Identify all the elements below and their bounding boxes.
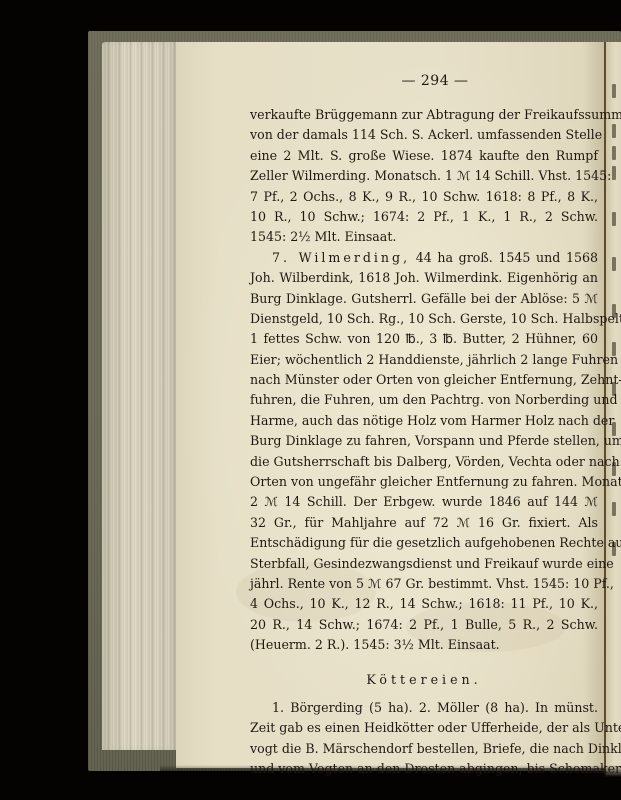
entry-heading-rest: 44 ha groß. 1545 und 1568	[416, 250, 598, 265]
text-line: vogt die B. Märschendorf bestellen, Brie…	[250, 739, 598, 759]
text-line: 2 ℳ 14 Schill. Der Erbgew. wurde 1846 au…	[250, 492, 598, 512]
page-text: — 294 — verkaufte Brüggemann zur Abtragu…	[250, 70, 598, 780]
page-stack-edge	[102, 42, 178, 750]
page-number: — 294 —	[250, 70, 598, 92]
facing-text-fragment	[612, 502, 616, 516]
facing-text-fragment	[612, 212, 616, 226]
entry-heading: 7. Wilmerding,	[272, 250, 410, 265]
text-line: Entschädigung für die gesetzlich aufgeho…	[250, 533, 598, 553]
text-line: 1. Börgerding (5 ha). 2. Möller (8 ha). …	[250, 698, 598, 718]
facing-text-fragment	[612, 166, 616, 180]
facing-text-fragment	[612, 146, 616, 160]
text-line: 7 Pf., 2 Ochs., 8 K., 9 R., 10 Schw. 161…	[250, 187, 598, 207]
facing-page-edge	[606, 42, 621, 777]
paragraph-koettereien: 1. Börgerding (5 ha). 2. Möller (8 ha). …	[250, 698, 598, 780]
text-line: jährl. Rente von 5 ℳ 67 Gr. bestimmt. Vh…	[250, 574, 598, 594]
paragraph-continuation: verkaufte Brüggemann zur Abtragung der F…	[250, 105, 598, 248]
text-line: und vom Vogten an den Drosten abgingen, …	[250, 759, 598, 779]
text-line: Joh. Wilberdink, 1618 Joh. Wilmerdink. E…	[250, 268, 598, 288]
facing-text-fragment	[612, 124, 616, 138]
text-line: Burg Dinklage. Gutsherrl. Gefälle bei de…	[250, 289, 598, 309]
text-line: 20 R., 14 Schw.; 1674: 2 Pf., 1 Bulle, 5…	[250, 615, 598, 635]
text-line: Zeller Wilmerding. Monatsch. 1 ℳ 14 Schi…	[250, 166, 598, 186]
text-line: 10 R., 10 Schw.; 1674: 2 Pf., 1 K., 1 R.…	[250, 207, 598, 227]
text-line: Burg Dinklage zu fahren, Vorspann und Pf…	[250, 431, 598, 451]
text-line: 4 Ochs., 10 K., 12 R., 14 Schw.; 1618: 1…	[250, 594, 598, 614]
text-line: fuhren, die Fuhren, um den Pachtrg. von …	[250, 390, 598, 410]
text-line: Orten von ungefähr gleicher Entfernung z…	[250, 472, 598, 492]
text-line: verkaufte Brüggemann zur Abtragung der F…	[250, 105, 598, 125]
facing-text-fragment	[612, 257, 616, 271]
text-line: 32 Gr., für Mahljahre auf 72 ℳ 16 Gr. fi…	[250, 513, 598, 533]
text-line: von der damals 114 Sch. S. Ackerl. umfas…	[250, 125, 598, 145]
text-line: Eier; wöchentlich 2 Handdienste, jährlic…	[250, 350, 598, 370]
text-line: Sterbfall, Gesindezwangsdienst und Freik…	[250, 554, 598, 574]
text-line: (Heuerm. 2 R.). 1545: 3½ Mlt. Einsaat.	[250, 635, 598, 655]
scan-background: — 294 — verkaufte Brüggemann zur Abtragu…	[0, 0, 621, 800]
text-line: 1 fettes Schw. von 120 ℔., 3 ℔. Butter, …	[250, 329, 598, 349]
text-line: Dienstgeld, 10 Sch. Rg., 10 Sch. Gerste,…	[250, 309, 598, 329]
facing-text-fragment	[612, 84, 616, 98]
paragraph-wilmerding: 7. Wilmerding, 44 ha groß. 1545 und 1568…	[250, 248, 598, 656]
text-line: Zeit gab es einen Heidkötter oder Ufferh…	[250, 718, 598, 738]
text-line: die Gutsherrschaft bis Dalberg, Vörden, …	[250, 452, 598, 472]
text-line: 1545: 2½ Mlt. Einsaat.	[250, 227, 598, 247]
text-line: 7. Wilmerding, 44 ha groß. 1545 und 1568	[250, 248, 598, 268]
section-heading: Köttereien.	[250, 670, 598, 690]
text-line: eine 2 Mlt. S. große Wiese. 1874 kaufte …	[250, 146, 598, 166]
text-line: nach Münster oder Orten von gleicher Ent…	[250, 370, 598, 390]
text-line: Harme, auch das nötige Holz vom Harmer H…	[250, 411, 598, 431]
